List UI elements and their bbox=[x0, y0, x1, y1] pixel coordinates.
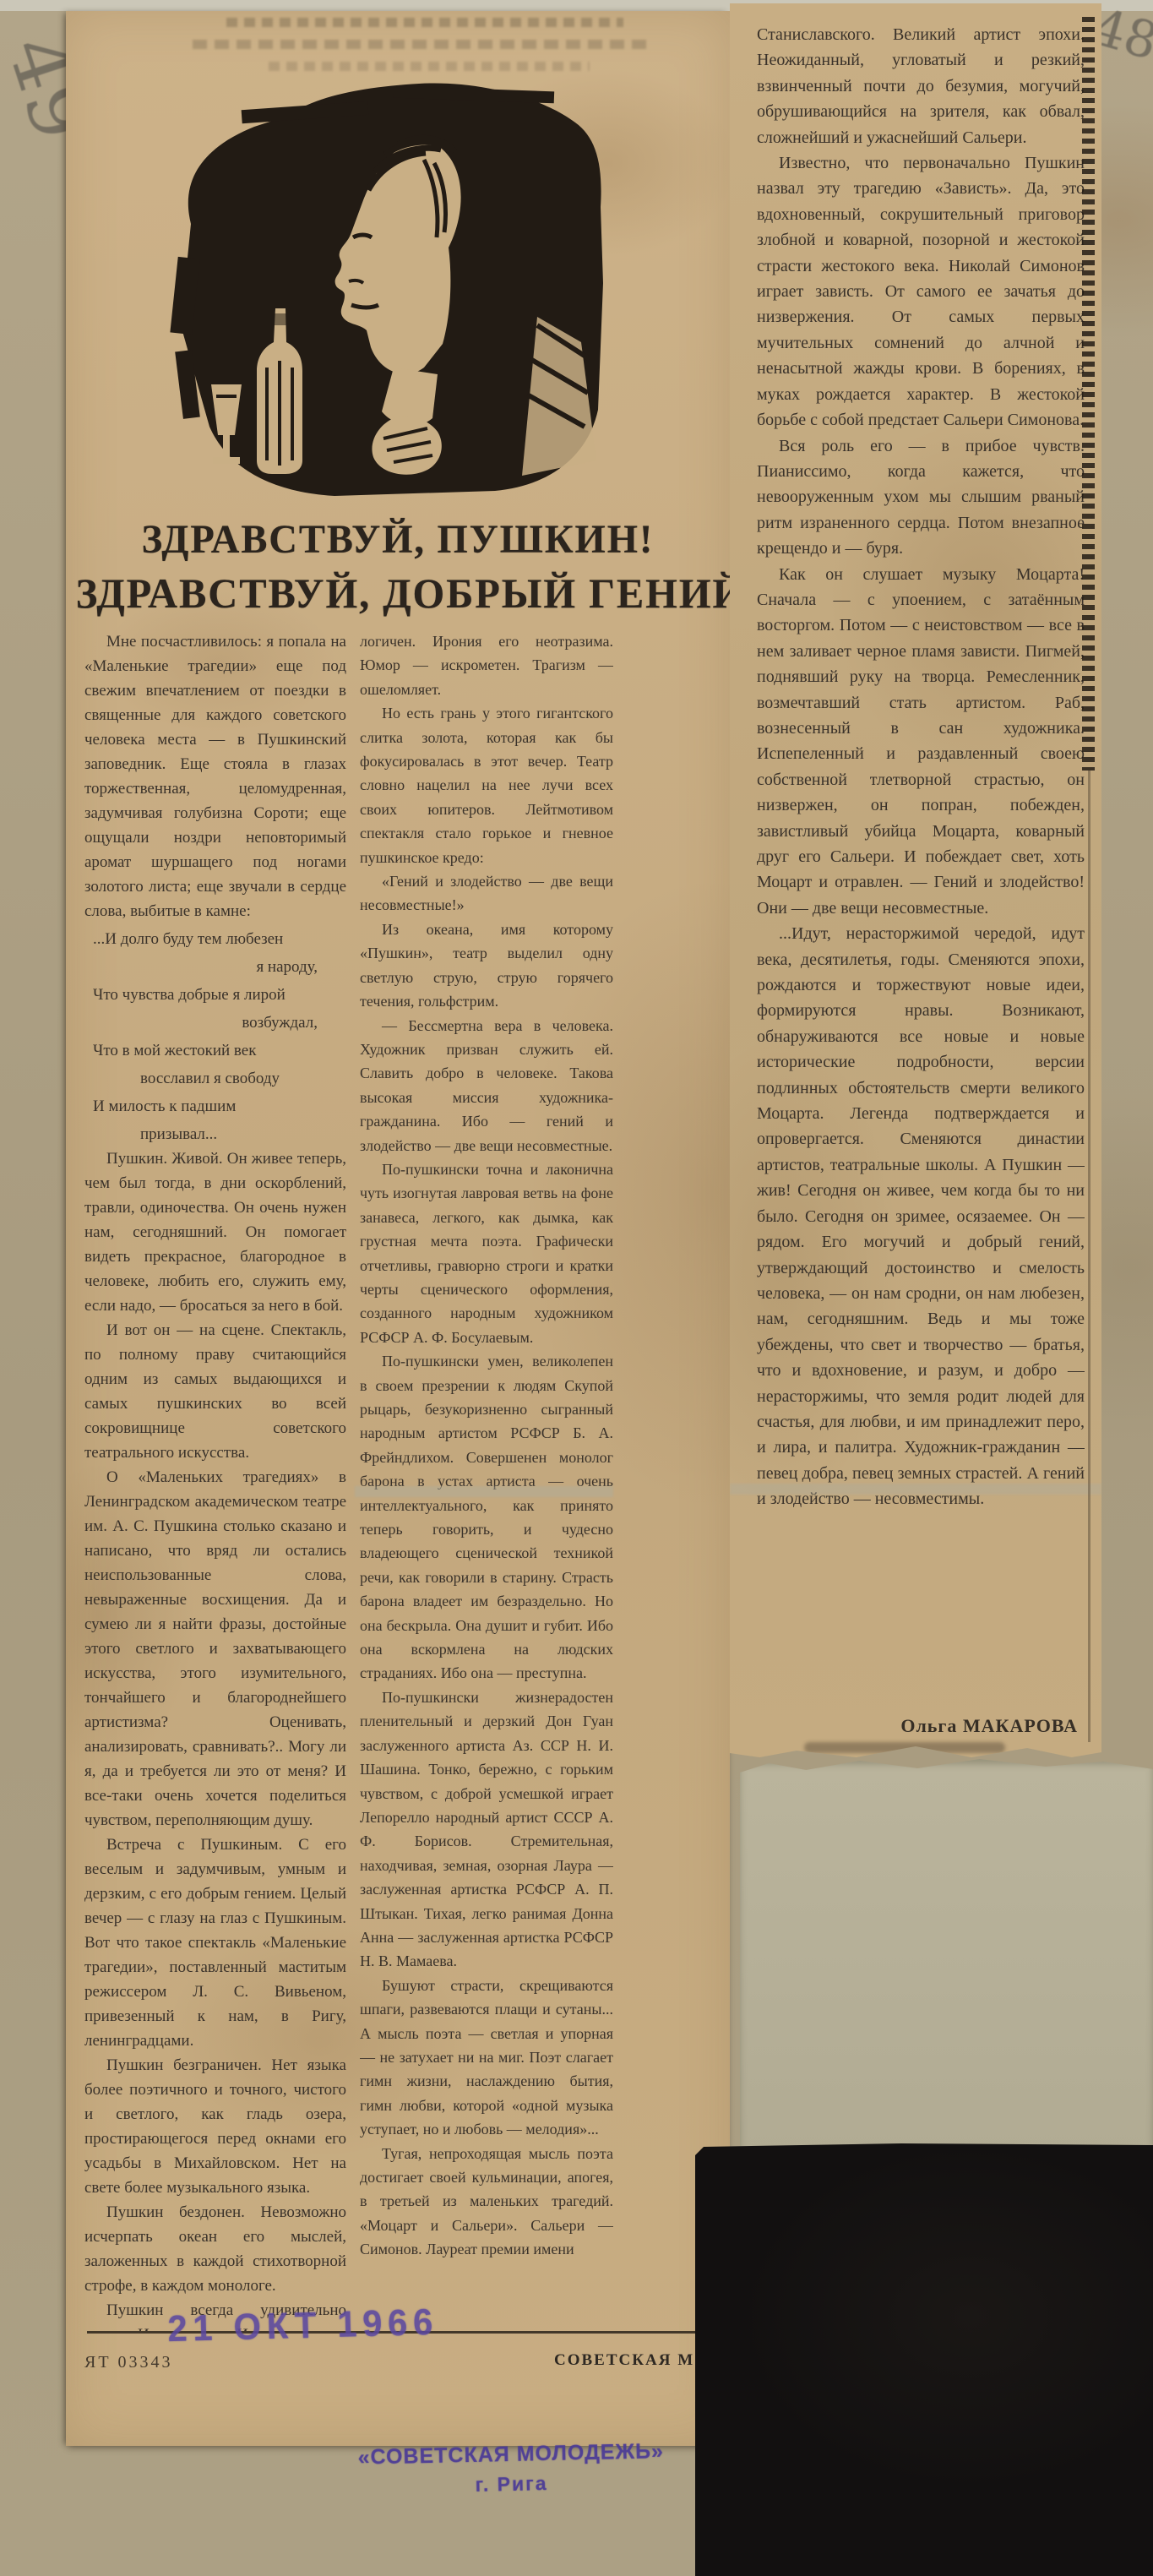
paragraph: Мне посчастливилось: я попала на «Малень… bbox=[84, 629, 346, 923]
verse-line: И милость к падшим bbox=[84, 1094, 346, 1119]
article-title-line1: ЗДРАВСТВУЙ, ПУШКИН! bbox=[76, 516, 720, 563]
paragraph: «Гений и злодейство — две вещи несовмест… bbox=[360, 869, 613, 918]
paragraph: По-пушкински жизнерадостен пленительный … bbox=[360, 1686, 613, 1974]
paragraph: Из океана, имя которому «Пушкин», театр … bbox=[360, 918, 613, 1014]
salieri-engraving-illustration bbox=[140, 63, 613, 503]
paragraph: О «Маленьких трагедиях» в Ленинградском … bbox=[84, 1465, 346, 1833]
paragraph: Встреча с Пушкиным. С его веселым и заду… bbox=[84, 1833, 346, 2053]
backing-paper-patch bbox=[740, 1759, 1153, 2156]
smudged-text-line bbox=[804, 1742, 1005, 1753]
verse-line: восславил я свободу bbox=[84, 1066, 346, 1091]
paragraph: Но есть грань у этого гигантского слитка… bbox=[360, 701, 613, 869]
author-byline: Ольга МАКАРОВА bbox=[900, 1715, 1078, 1737]
paragraph: Известно, что первоначально Пушкин назва… bbox=[757, 150, 1085, 433]
tape-mark bbox=[730, 1484, 1101, 1495]
archive-date-stamp: 21 ОКТ 1966 bbox=[167, 2301, 439, 2350]
scanned-newspaper-page: 49 48 bbox=[0, 0, 1153, 2576]
article-column-3: Станиславского. Великий артист эпохи. Не… bbox=[757, 22, 1085, 1713]
paragraph: Пушкин. Живой. Он живее теперь, чем был … bbox=[84, 1146, 346, 1318]
paragraph: Тугая, непроходящая мысль поэта достигае… bbox=[360, 2142, 613, 2262]
ink-transfer-smudge bbox=[226, 18, 623, 27]
tape-mark bbox=[355, 1486, 613, 1497]
paragraph: Вся роль его — в прибое чувств. Пианисси… bbox=[757, 433, 1085, 562]
perforated-edge bbox=[1082, 17, 1095, 771]
stamp-newspaper-name: «СОВЕТСКАЯ МОЛОДЕЖЬ» bbox=[357, 2439, 664, 2470]
paragraph: ...Идут, нерасторжимой чередой, идут век… bbox=[757, 921, 1085, 1511]
verse-line: я народу, bbox=[84, 955, 346, 979]
article-title-line2: ЗДРАВСТВУЙ, ДОБРЫЙ ГЕНИЙ! bbox=[76, 569, 720, 618]
print-code: ЯТ 03343 bbox=[84, 2353, 173, 2372]
verse-line: возбуждал, bbox=[84, 1010, 346, 1035]
article-column-2: логичен. Ирония его неотразима. Юмор — и… bbox=[360, 629, 613, 2331]
newspaper-clipping-main: ЗДРАВСТВУЙ, ПУШКИН! ЗДРАВСТВУЙ, ДОБРЫЙ Г… bbox=[66, 11, 730, 2446]
verse-line: Что в мой жестокий век bbox=[84, 1038, 346, 1063]
newspaper-ink-stamp: «СОВЕТСКАЯ МОЛОДЕЖЬ» г. Рига bbox=[357, 2439, 665, 2499]
paragraph: Бушуют страсти, скрещиваются шпаги, разв… bbox=[360, 1974, 613, 2142]
newspaper-clipping-right-column: Станиславского. Великий артист эпохи. Не… bbox=[730, 3, 1101, 1757]
paragraph: Как он слушает музыку Моцарта! Сначала —… bbox=[757, 562, 1085, 922]
paragraph: Станиславского. Великий артист эпохи. Не… bbox=[757, 22, 1085, 150]
paragraph: — Бессмертна вера в человека. Художник п… bbox=[360, 1014, 613, 1157]
paragraph: По-пушкински точна и лаконична чуть изог… bbox=[360, 1157, 613, 1349]
verse-line: призывал... bbox=[84, 1122, 346, 1146]
paragraph: Пушкин бездонен. Невозможно исчерпать ок… bbox=[84, 2200, 346, 2298]
paragraph: И вот он — на сцене. Спектакль, по полно… bbox=[84, 1318, 346, 1465]
verse-line: Что чувства добрые я лирой bbox=[84, 983, 346, 1007]
verse-line: ...И долго буду тем любезен bbox=[84, 927, 346, 951]
paragraph: Пушкин безграничен. Нет языка более поэт… bbox=[84, 2053, 346, 2200]
stamp-city: г. Рига bbox=[358, 2470, 665, 2499]
blacked-out-area bbox=[695, 2143, 1153, 2576]
paragraph: логичен. Ирония его неотразима. Юмор — и… bbox=[360, 629, 613, 701]
ink-transfer-smudge bbox=[193, 40, 649, 49]
paragraph: По-пушкински умен, великолепен в своем п… bbox=[360, 1349, 613, 1686]
clipping-edge-line bbox=[1088, 771, 1090, 1742]
article-column-1: Мне посчастливилось: я попала на «Малень… bbox=[84, 629, 346, 2331]
